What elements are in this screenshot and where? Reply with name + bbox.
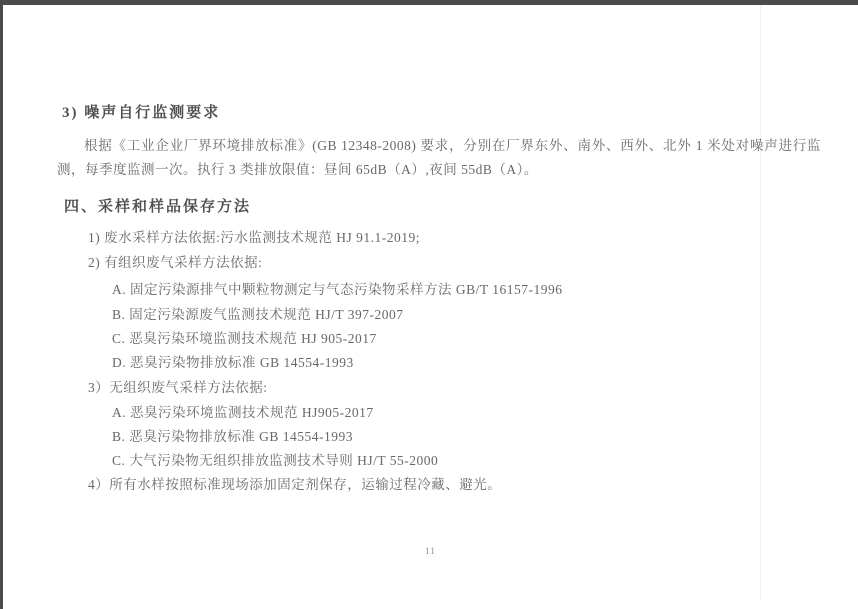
list-item-unorganized-gas: 3）无组织废气采样方法依据: (88, 376, 268, 396)
page-number: 11 (3, 546, 858, 556)
noise-section-heading: 3) 噪声自行监测要求 (62, 101, 220, 122)
list-item-hj905-2: A. 恶臭污染环境监测技术规范 HJ905-2017 (112, 401, 374, 421)
scanned-document-page: 3) 噪声自行监测要求 根据《工业企业厂界环境排放标准》(GB 12348-20… (0, 0, 858, 609)
list-item-gb14554-2: B. 恶臭污染物排放标准 GB 14554-1993 (112, 425, 353, 445)
list-item-hjt397: B. 固定污染源废气监测技术规范 HJ/T 397-2007 (112, 303, 404, 323)
list-item-hjt55: C. 大气污染物无组织排放监测技术导则 HJ/T 55-2000 (112, 449, 438, 469)
list-item-wastewater: 1) 废水采样方法依据:污水监测技术规范 HJ 91.1-2019; (88, 226, 420, 246)
list-item-organized-gas: 2) 有组织废气采样方法依据: (88, 251, 262, 271)
list-item-gb14554: D. 恶臭污染物排放标准 GB 14554-1993 (112, 351, 354, 371)
sampling-section-heading: 四、采样和样品保存方法 (64, 195, 251, 216)
list-item-hj905: C. 恶臭污染环境监测技术规范 HJ 905-2017 (112, 327, 377, 347)
list-item-gbt16157: A. 固定污染源排气中颗粒物测定与气态污染物采样方法 GB/T 16157-19… (112, 278, 563, 298)
scan-artifact-line (760, 5, 761, 600)
noise-section-paragraph: 根据《工业企业厂界环境排放标准》(GB 12348-2008) 要求，分别在厂界… (57, 134, 821, 182)
list-item-water-preserve: 4）所有水样按照标准现场添加固定剂保存，运输过程冷藏、避光。 (88, 473, 501, 493)
